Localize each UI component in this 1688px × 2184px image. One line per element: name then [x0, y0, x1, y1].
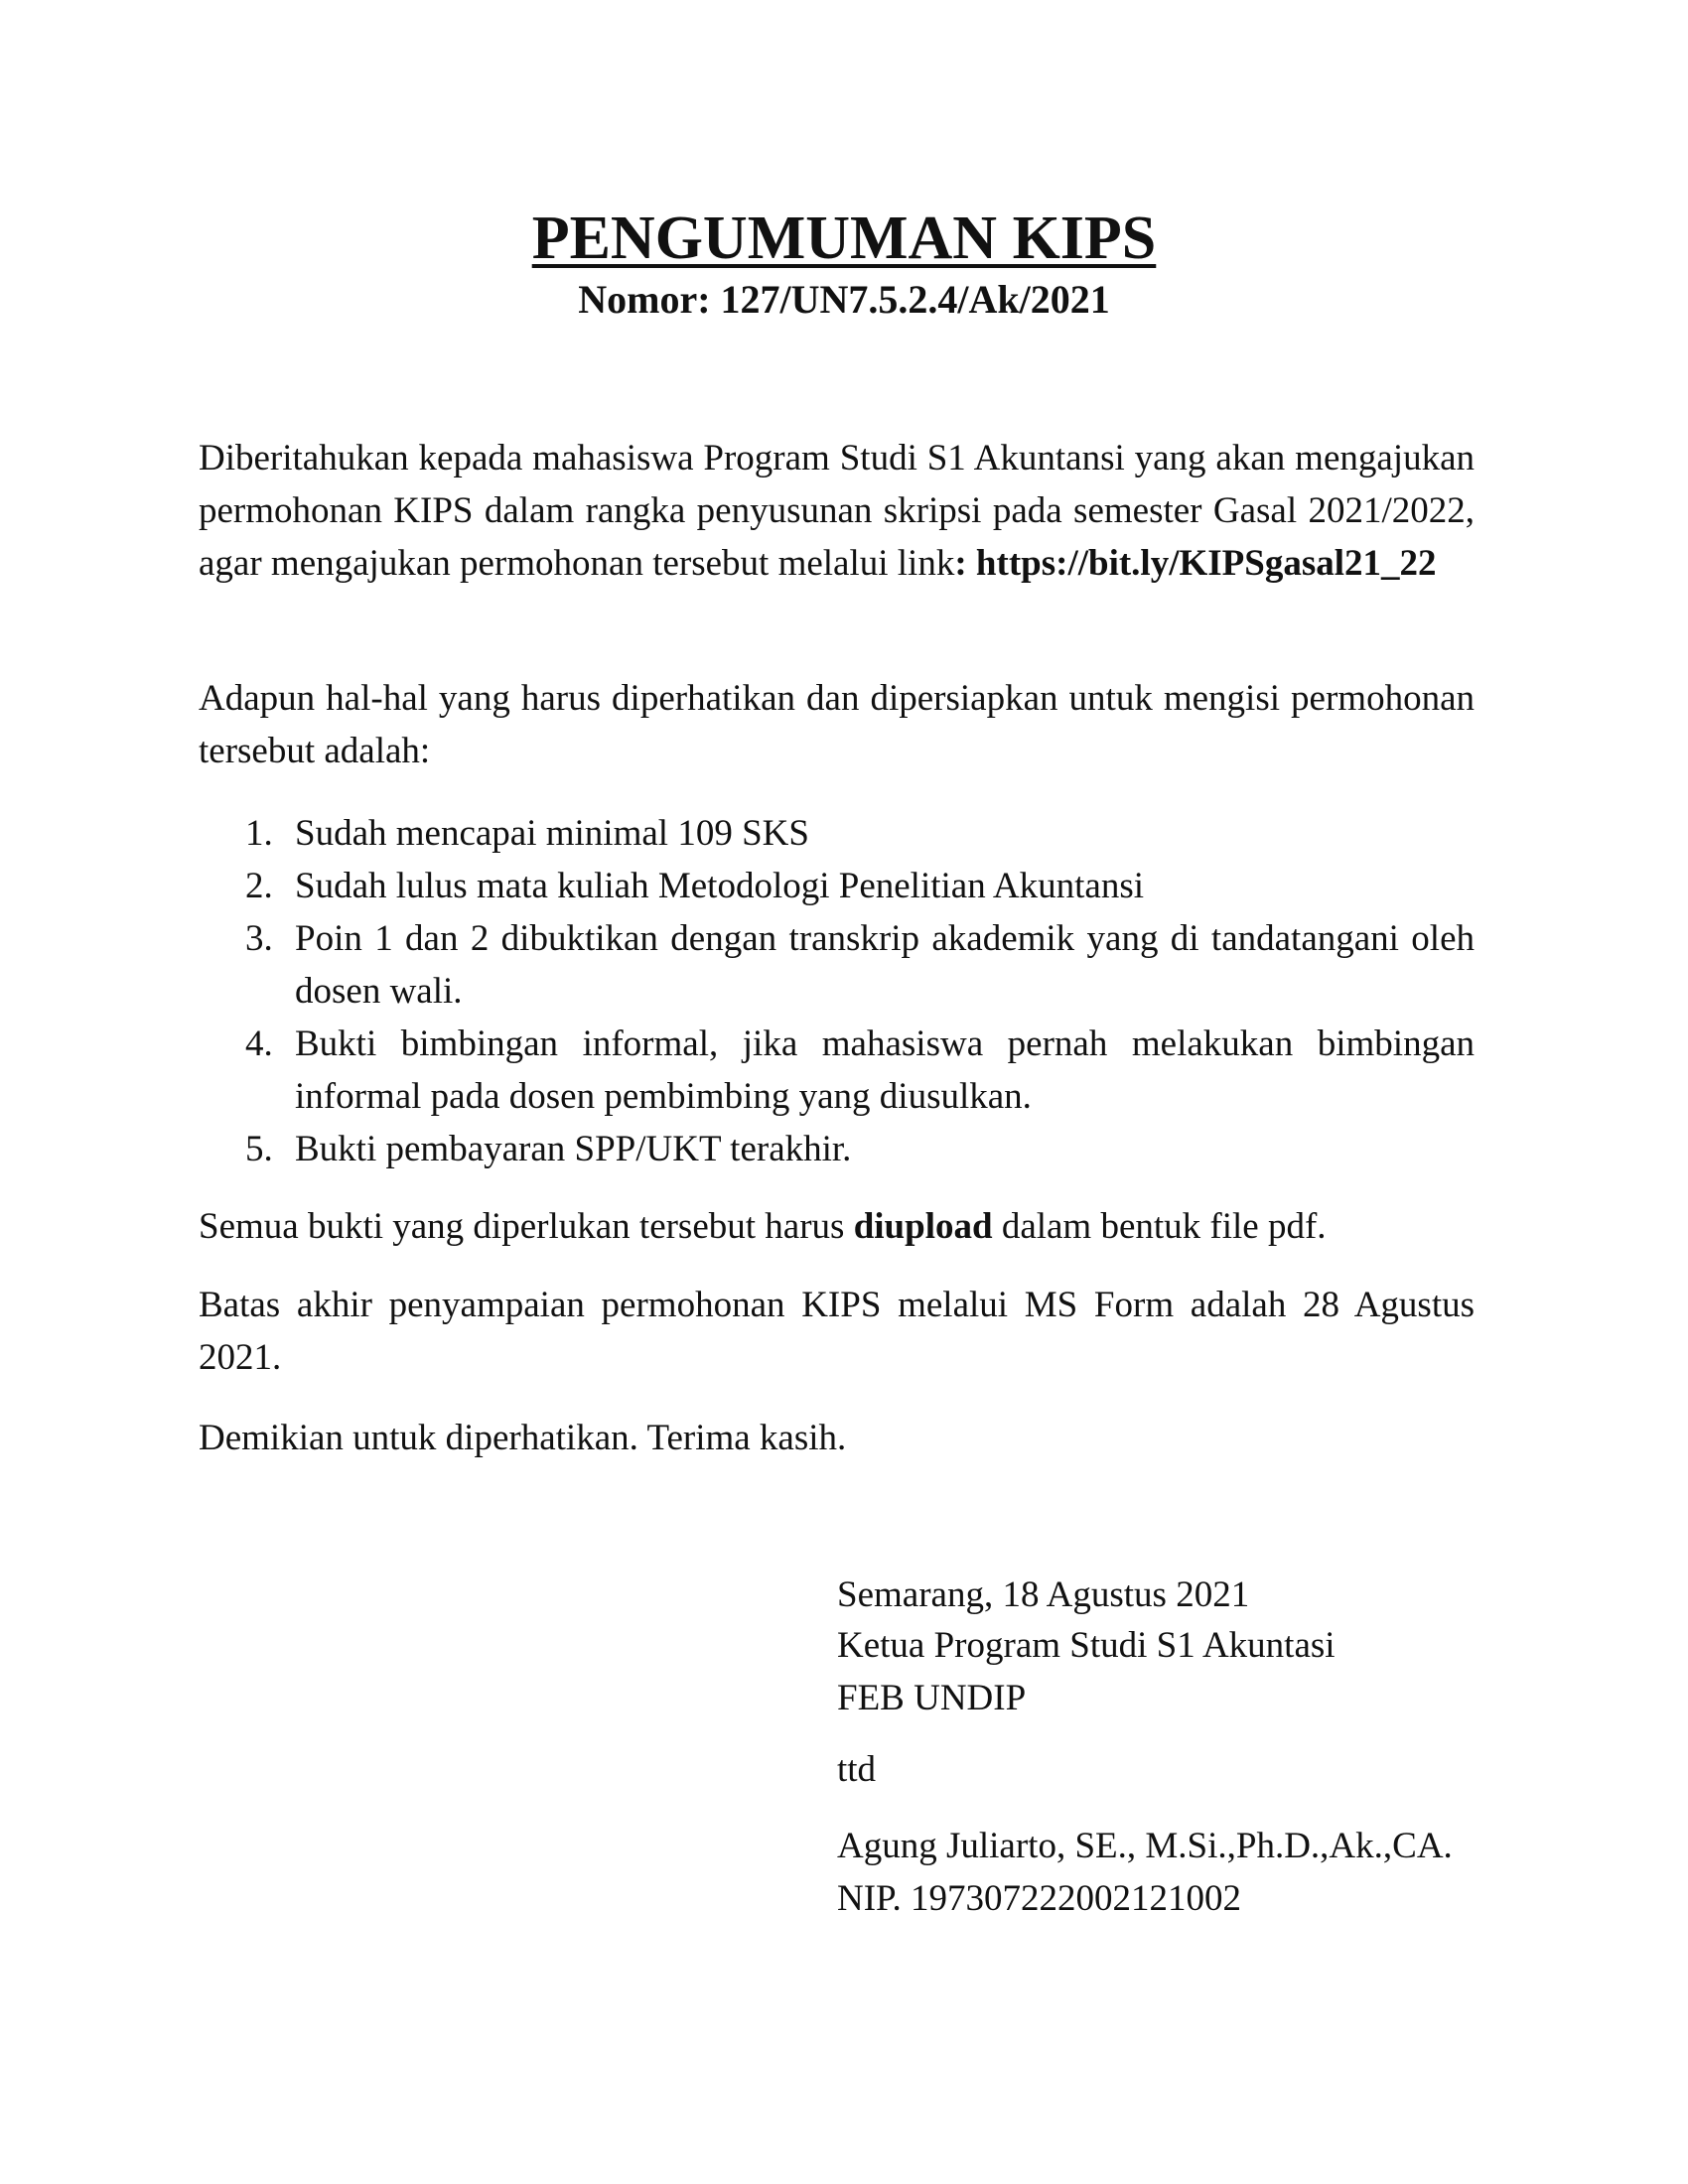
list-number: 5.: [245, 1123, 273, 1175]
list-text: Bukti bimbingan informal, jika mahasiswa…: [295, 1024, 1475, 1117]
upload-text-after: dalam bentuk file pdf.: [993, 1206, 1327, 1247]
signature-position: Ketua Program Studi S1 Akuntasi: [837, 1620, 1336, 1672]
link-colon: :: [954, 543, 976, 584]
list-text: Sudah mencapai minimal 109 SKS: [295, 813, 809, 854]
list-number: 1.: [245, 807, 273, 860]
list-number: 4.: [245, 1018, 273, 1070]
signature-institution: FEB UNDIP: [837, 1673, 1026, 1724]
preparation-paragraph: Adapun hal-hal yang harus diperhatikan d…: [199, 672, 1475, 777]
form-link[interactable]: https://bit.ly/KIPSgasal21_22: [976, 543, 1437, 584]
page-title: PENGUMUMAN KIPS: [0, 204, 1688, 273]
deadline-paragraph: Batas akhir penyampaian permohonan KIPS …: [199, 1279, 1475, 1384]
signature-ttd: ttd: [837, 1744, 876, 1796]
list-text: Bukti pembayaran SPP/UKT terakhir.: [295, 1129, 851, 1169]
list-item: 4.Bukti bimbingan informal, jika mahasis…: [199, 1018, 1475, 1123]
upload-text-before: Semua bukti yang diperlukan tersebut har…: [199, 1206, 854, 1247]
list-text: Sudah lulus mata kuliah Metodologi Penel…: [295, 866, 1144, 906]
requirements-list: 1.Sudah mencapai minimal 109 SKS 2.Sudah…: [199, 807, 1475, 1175]
list-item: 1.Sudah mencapai minimal 109 SKS: [199, 807, 1475, 860]
signatory-nip: NIP. 197307222002121002: [837, 1873, 1241, 1925]
list-item: 3.Poin 1 dan 2 dibuktikan dengan transkr…: [199, 912, 1475, 1018]
upload-paragraph: Semua bukti yang diperlukan tersebut har…: [199, 1200, 1475, 1253]
closing-paragraph: Demikian untuk diperhatikan. Terima kasi…: [199, 1412, 1475, 1464]
upload-emphasis: diupload: [854, 1206, 993, 1247]
list-number: 2.: [245, 860, 273, 912]
signatory-name: Agung Juliarto, SE., M.Si.,Ph.D.,Ak.,CA.: [837, 1821, 1453, 1872]
list-number: 3.: [245, 912, 273, 965]
list-text: Poin 1 dan 2 dibuktikan dengan transkrip…: [295, 918, 1475, 1012]
signature-place-date: Semarang, 18 Agustus 2021: [837, 1570, 1249, 1621]
list-item: 5.Bukti pembayaran SPP/UKT terakhir.: [199, 1123, 1475, 1175]
document-number: Nomor: 127/UN7.5.2.4/Ak/2021: [0, 275, 1688, 325]
list-item: 2.Sudah lulus mata kuliah Metodologi Pen…: [199, 860, 1475, 912]
intro-paragraph: Diberitahukan kepada mahasiswa Program S…: [199, 432, 1475, 590]
